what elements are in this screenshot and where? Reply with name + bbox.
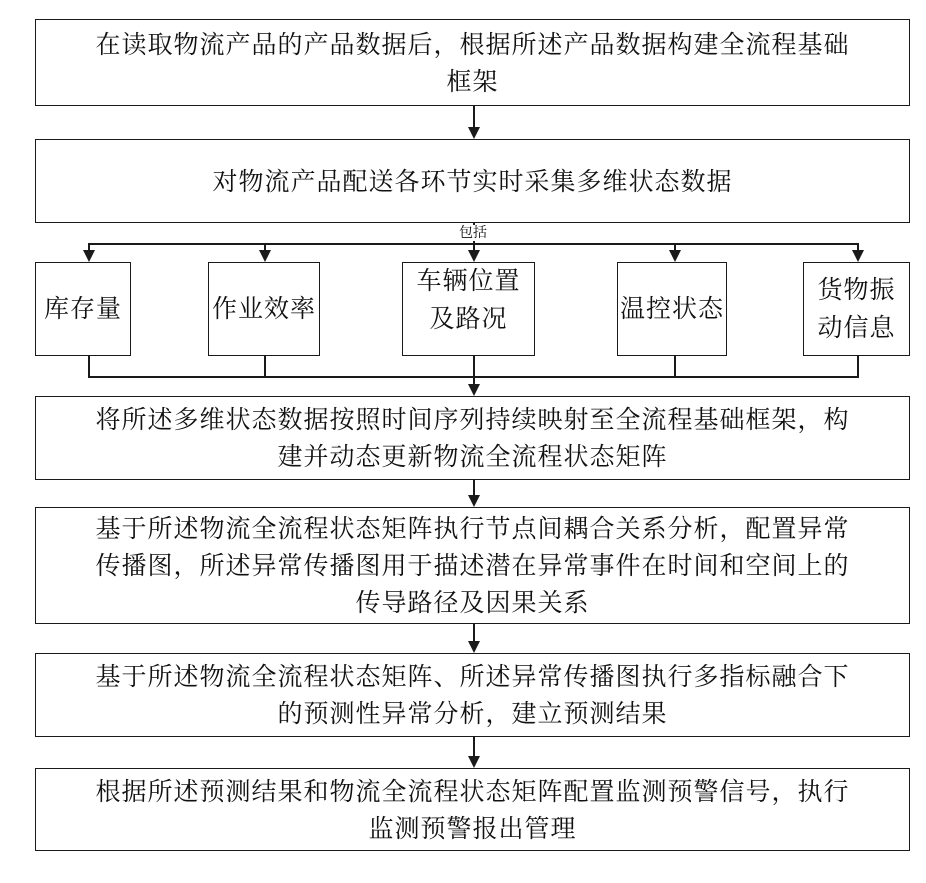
- connector-s3-s4: [473, 480, 475, 496]
- merge-up-2: [264, 356, 266, 377]
- data-type-operation-efficiency: 作业效率: [208, 262, 320, 356]
- step-text-line: 根据所述预测结果和物流全流程状态矩阵配置监测预警信号，执行: [95, 773, 849, 810]
- data-type-label: 作业效率: [212, 294, 316, 323]
- arrow-head-icon: [468, 641, 480, 653]
- arrow-head-icon: [468, 495, 480, 507]
- arrow-head-icon: [468, 250, 480, 262]
- data-type-label: 温控状态: [620, 294, 724, 323]
- step-anomaly-propagation-graph: 基于所述物流全流程状态矩阵执行节点间耦合关系分析，配置异常 传播图，所述异常传播…: [35, 507, 910, 624]
- arrow-head-icon: [468, 384, 480, 396]
- data-type-temperature-control: 温控状态: [617, 262, 727, 356]
- step-text-line: 框架: [95, 63, 849, 100]
- data-type-label: 车辆位置: [416, 262, 520, 300]
- arrow-head-icon: [83, 250, 95, 262]
- step-text-line: 基于所述物流全流程状态矩阵执行节点间耦合关系分析，配置异常: [95, 510, 849, 547]
- data-type-cargo-vibration: 货物振 动信息: [803, 262, 910, 356]
- data-type-label: 及路况: [416, 300, 520, 338]
- arrow-head-icon: [852, 250, 864, 262]
- arrow-head-icon: [468, 756, 480, 768]
- step-collect-state-data: 对物流产品配送各环节实时采集多维状态数据: [35, 139, 910, 223]
- step-monitoring-alert: 根据所述预测结果和物流全流程状态矩阵配置监测预警信号，执行 监测预警报出管理: [35, 768, 910, 851]
- connector-s4-s5: [473, 624, 475, 642]
- merge-up-1: [88, 356, 90, 377]
- step-text-line: 的预测性异常分析，建立预测结果: [95, 695, 849, 732]
- step-build-state-matrix: 将所述多维状态数据按照时间序列持续映射至全流程基础框架，构 建并动态更新物流全流…: [35, 396, 910, 480]
- data-type-vehicle-location: 车辆位置 及路况: [402, 262, 535, 356]
- step-text-line: 在读取物流产品的产品数据后，根据所述产品数据构建全流程基础: [95, 26, 849, 63]
- connector-s5-s6: [473, 737, 475, 756]
- data-type-label: 动信息: [817, 309, 895, 347]
- arrow-head-icon: [669, 250, 681, 262]
- data-type-label: 货物振: [817, 271, 895, 309]
- connector-s1-s2: [473, 106, 475, 128]
- step-text-line: 监测预警报出管理: [95, 810, 849, 847]
- arrow-head-icon: [468, 127, 480, 139]
- step-build-framework: 在读取物流产品的产品数据后，根据所述产品数据构建全流程基础 框架: [35, 19, 910, 106]
- merge-up-3: [473, 356, 475, 377]
- data-type-label: 库存量: [44, 294, 122, 323]
- step-text-line: 建并动态更新物流全流程状态矩阵: [95, 438, 849, 475]
- branch-label-include: 包括: [457, 225, 489, 241]
- step-text-line: 传导路径及因果关系: [95, 584, 849, 621]
- data-type-inventory: 库存量: [35, 262, 131, 356]
- arrow-head-icon: [259, 250, 271, 262]
- step-predictive-analysis: 基于所述物流全流程状态矩阵、所述异常传播图执行多指标融合下 的预测性异常分析，建…: [35, 653, 910, 737]
- step-text-line: 将所述多维状态数据按照时间序列持续映射至全流程基础框架，构: [95, 401, 849, 438]
- step-text-line: 传播图，所述异常传播图用于描述潜在异常事件在时间和空间上的: [95, 547, 849, 584]
- step-text-line: 对物流产品配送各环节实时采集多维状态数据: [212, 163, 732, 200]
- step-text-line: 基于所述物流全流程状态矩阵、所述异常传播图执行多指标融合下: [95, 658, 849, 695]
- merge-up-4: [674, 356, 676, 377]
- merge-up-5: [857, 356, 859, 377]
